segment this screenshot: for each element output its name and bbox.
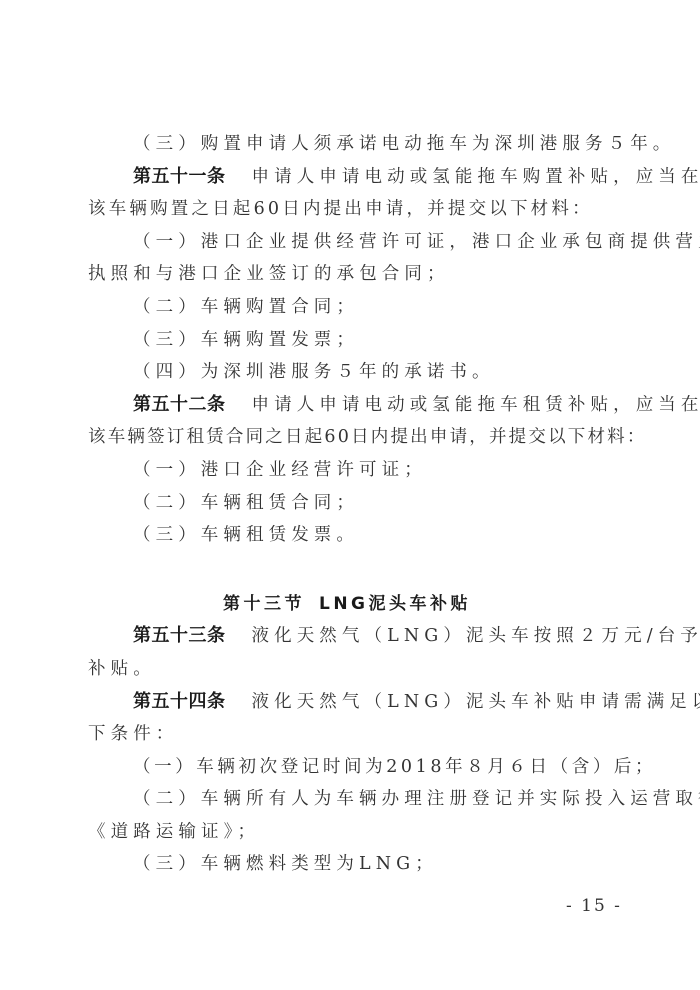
paragraph-continuation: 执照和与港口企业签订的承包合同； xyxy=(88,258,616,291)
article-text: 液化天然气（LNG）泥头车按照２万元/台予以 xyxy=(252,626,700,646)
list-item: （三）购置申请人须承诺电动拖车为深圳港服务５年。 xyxy=(88,128,616,161)
list-item: （三）车辆燃料类型为LNG； xyxy=(88,848,616,881)
article-label: 第五十四条 xyxy=(133,691,226,712)
article-text: 申请人申请电动或氢能拖车租赁补贴，应当在 xyxy=(252,395,700,415)
article-label: 第五十三条 xyxy=(133,625,226,646)
section-number: 第十三节 xyxy=(223,594,305,614)
list-item: （三）车辆租赁发票。 xyxy=(88,519,616,552)
article-53: 第五十三条液化天然气（LNG）泥头车按照２万元/台予以 xyxy=(88,620,616,653)
article-52: 第五十二条申请人申请电动或氢能拖车租赁补贴，应当在 xyxy=(88,389,616,422)
list-item: （二）车辆所有人为车辆办理注册登记并实际投入运营取得 xyxy=(88,783,616,816)
list-item: （四）为深圳港服务５年的承诺书。 xyxy=(88,356,616,389)
paragraph-continuation: 下条件： xyxy=(88,718,616,751)
article-54: 第五十四条液化天然气（LNG）泥头车补贴申请需满足以 xyxy=(88,686,616,719)
paragraph-continuation: 《道路运输证》； xyxy=(88,816,616,849)
paragraph-continuation: 补贴。 xyxy=(88,653,616,686)
article-label: 第五十二条 xyxy=(133,394,226,415)
section-title: LNG泥头车补贴 xyxy=(319,594,471,614)
paragraph-continuation: 该车辆购置之日起60日内提出申请，并提交以下材料： xyxy=(88,193,616,226)
list-item: （一）车辆初次登记时间为2018年８月６日（含）后； xyxy=(88,751,616,784)
list-item: （二）车辆购置合同； xyxy=(88,291,616,324)
list-item: （一）港口企业经营许可证； xyxy=(88,454,616,487)
page-number: - 15 - xyxy=(566,896,622,916)
article-51: 第五十一条申请人申请电动或氢能拖车购置补贴，应当在 xyxy=(88,161,616,194)
article-text: 液化天然气（LNG）泥头车补贴申请需满足以 xyxy=(252,692,700,712)
list-item: （二）车辆租赁合同； xyxy=(88,487,616,520)
paragraph-continuation: 该车辆签订租赁合同之日起60日内提出申请，并提交以下材料： xyxy=(88,421,616,454)
page-body: （三）购置申请人须承诺电动拖车为深圳港服务５年。 第五十一条申请人申请电动或氢能… xyxy=(88,128,616,881)
blank-line xyxy=(88,552,616,588)
list-item: （三）车辆购置发票； xyxy=(88,324,616,357)
section-heading: 第十三节LNG泥头车补贴 xyxy=(88,588,616,621)
list-item: （一）港口企业提供经营许可证，港口企业承包商提供营业 xyxy=(88,226,616,259)
article-text: 申请人申请电动或氢能拖车购置补贴，应当在 xyxy=(252,167,700,187)
document-page: （三）购置申请人须承诺电动拖车为深圳港服务５年。 第五十一条申请人申请电动或氢能… xyxy=(0,0,700,990)
article-label: 第五十一条 xyxy=(133,166,226,187)
